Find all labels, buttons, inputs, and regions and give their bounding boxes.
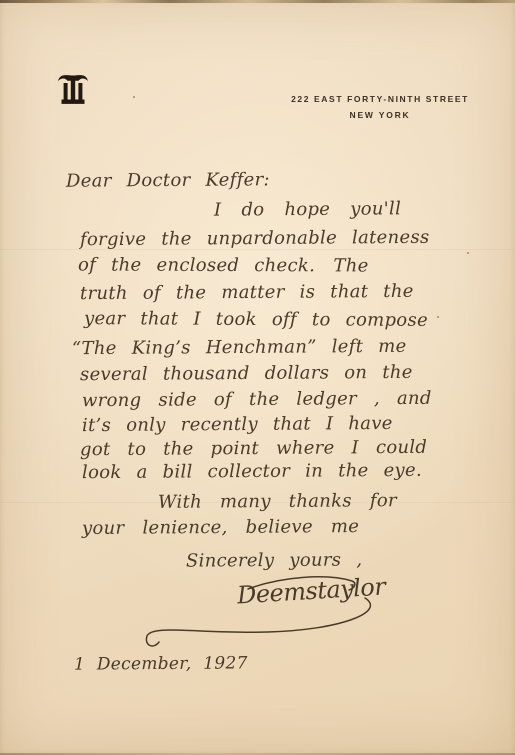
paper-speck bbox=[467, 252, 469, 254]
paper-speck bbox=[437, 316, 439, 318]
body-line: of the enclosed check. The bbox=[78, 254, 369, 276]
body-line: wrong side of the ledger , and bbox=[82, 388, 432, 411]
body-line: forgive the unpardonable lateness bbox=[80, 227, 430, 250]
monogram-icon bbox=[57, 70, 89, 108]
date-line: 1 December, 1927 bbox=[74, 653, 248, 674]
letterhead-city: NEW YORK bbox=[270, 110, 490, 120]
letter-paper: 222 EAST FORTY-NINTH STREET NEW YORK Dea… bbox=[0, 0, 515, 755]
closing-line: With many thanks for bbox=[158, 490, 397, 513]
salutation: Dear Doctor Keffer: bbox=[66, 169, 270, 191]
body-line: “The King’s Henchman” left me bbox=[72, 336, 407, 359]
signature-flourish bbox=[140, 568, 385, 660]
paper-torn-top-edge bbox=[0, 0, 515, 3]
body-line: I do hope you'll bbox=[214, 198, 401, 220]
body-line: truth of the matter is that the bbox=[80, 281, 414, 304]
body-line: year that I took off to compose bbox=[84, 308, 428, 331]
paper-speck bbox=[133, 96, 135, 98]
body-line: got to the point where I could bbox=[80, 437, 427, 460]
closing-line: your lenience, believe me bbox=[82, 516, 359, 539]
body-line: it’s only recently that I have bbox=[82, 413, 393, 436]
body-line: look a bill collector in the eye. bbox=[82, 460, 422, 483]
letterhead-street: 222 EAST FORTY-NINTH STREET bbox=[270, 94, 490, 104]
body-line: several thousand dollars on the bbox=[80, 362, 413, 385]
fold-crease bbox=[0, 249, 515, 251]
letterhead: 222 EAST FORTY-NINTH STREET NEW YORK bbox=[270, 94, 490, 120]
